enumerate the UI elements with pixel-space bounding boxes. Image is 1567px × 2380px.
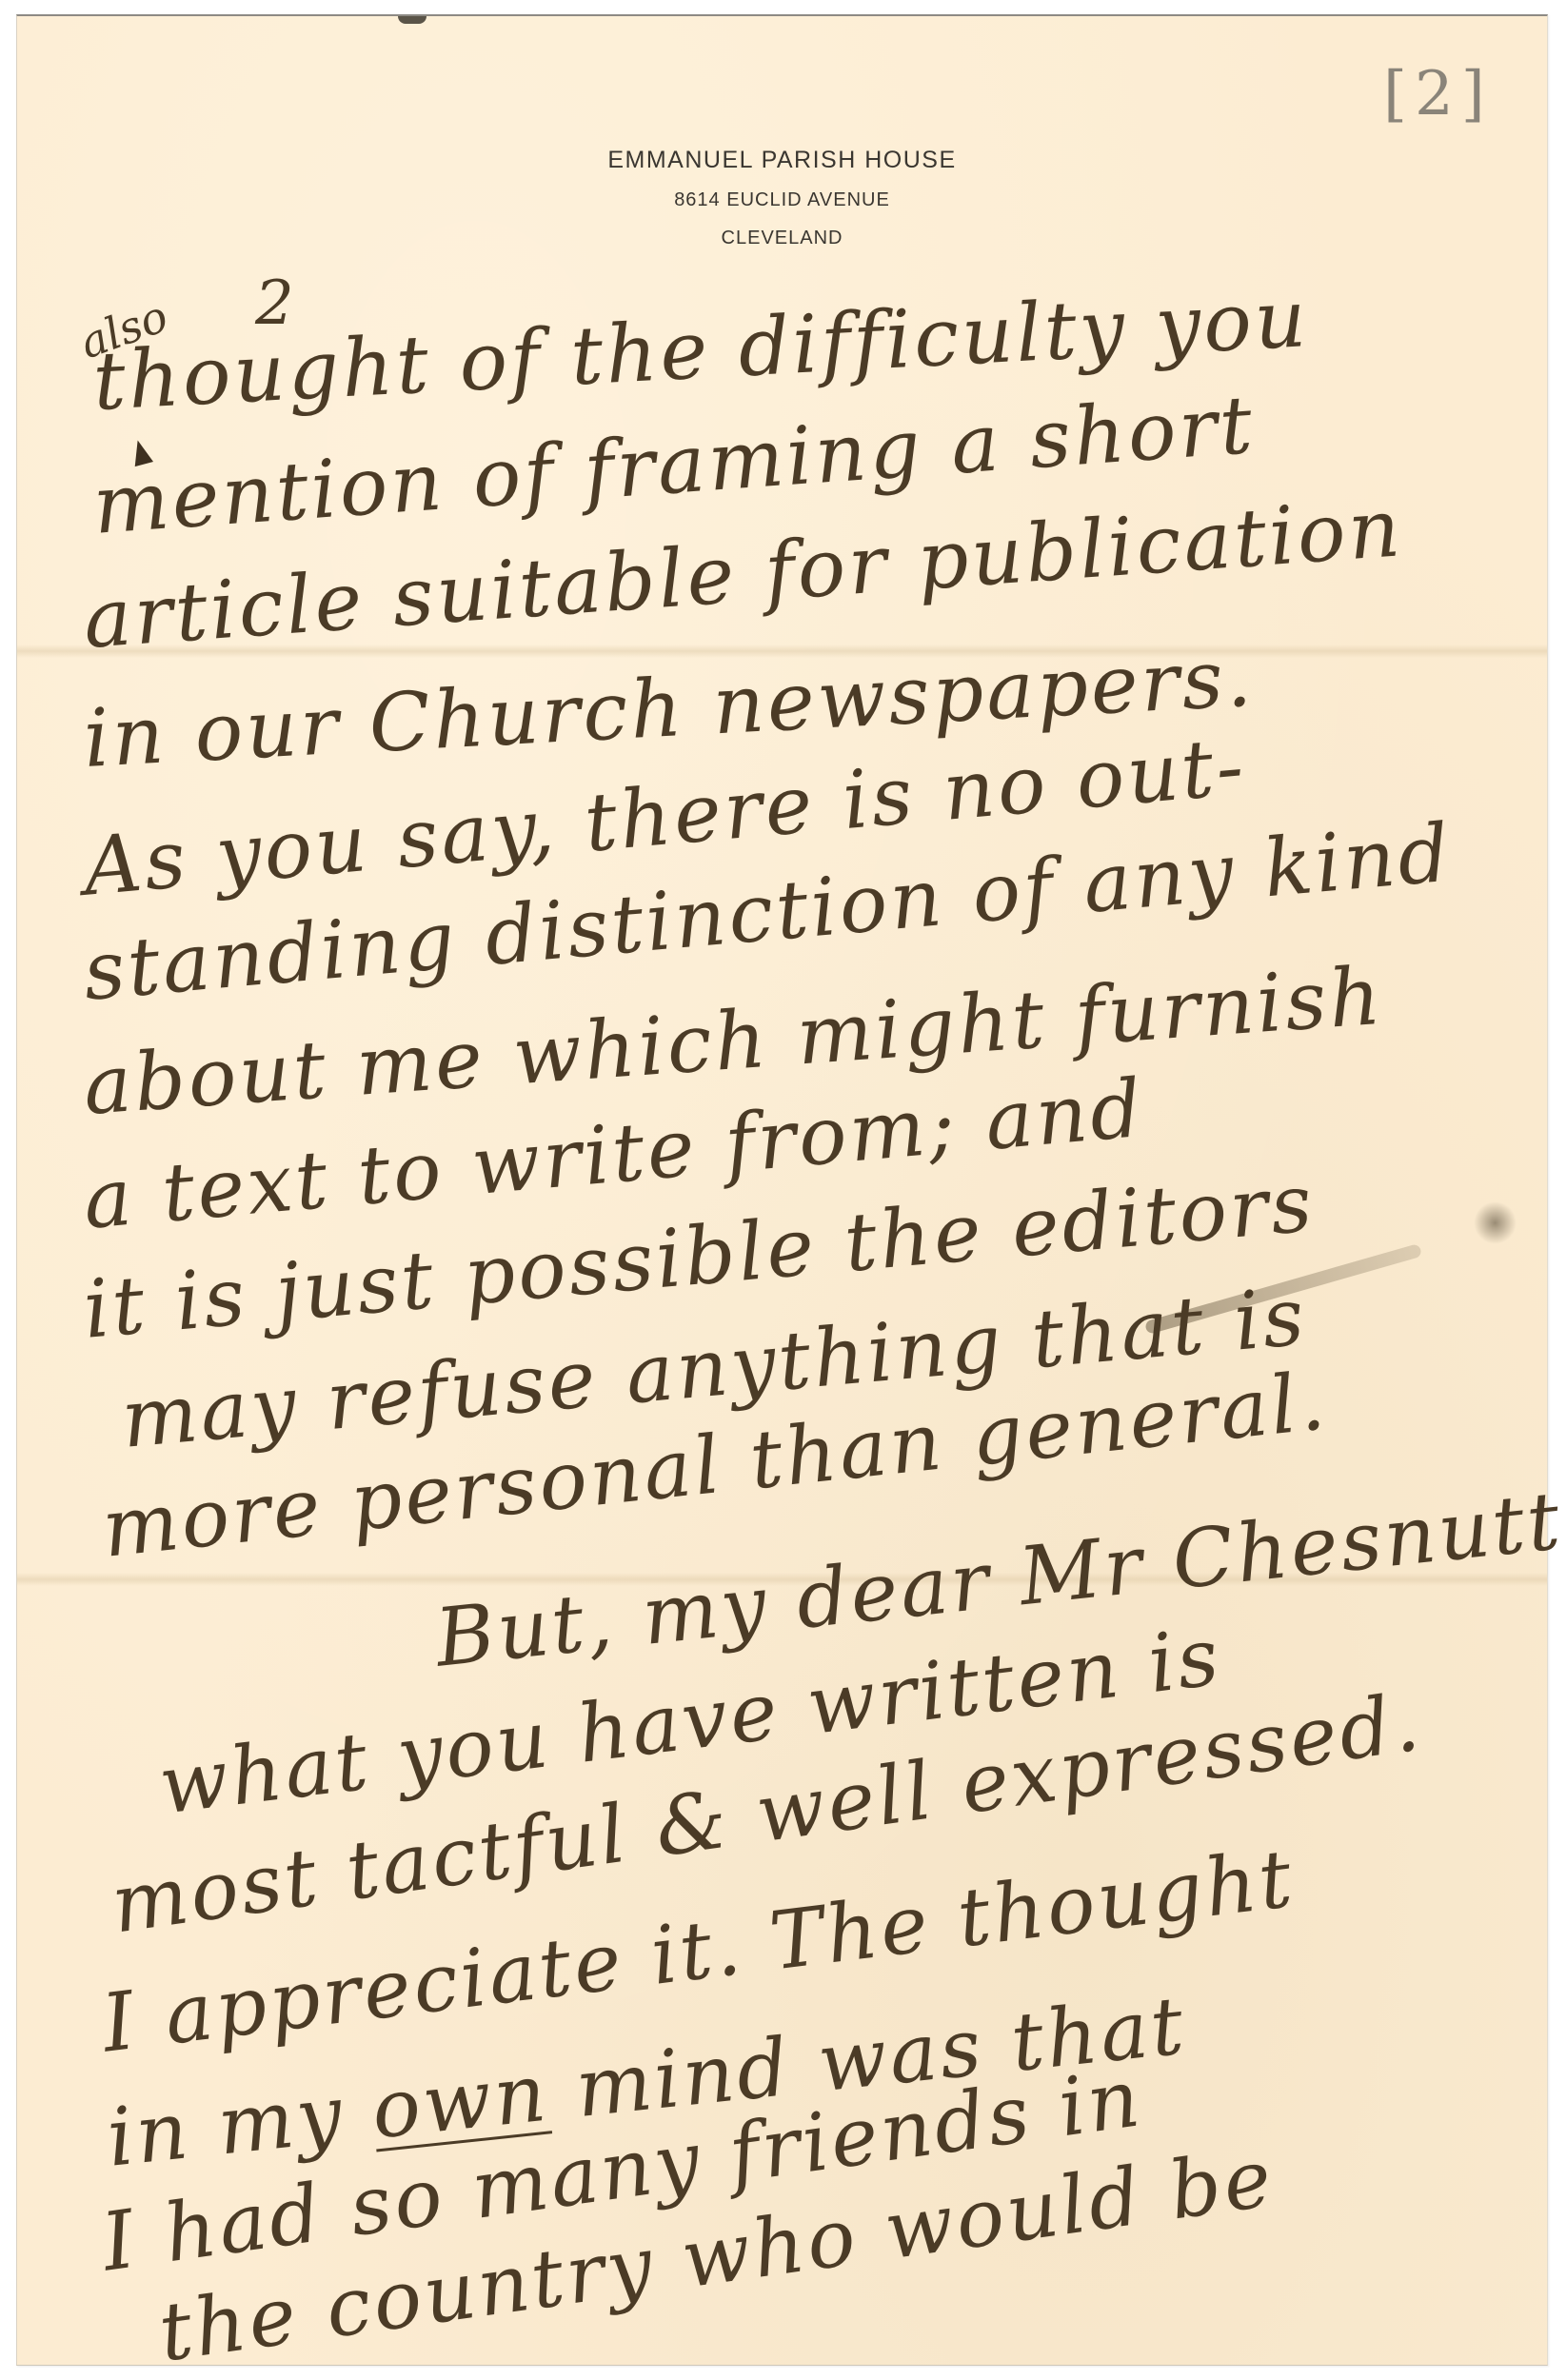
ink-blot [1474,1201,1517,1244]
letterhead-city: CLEVELAND [17,228,1547,249]
letterhead-address: 8614 EUCLID AVENUE [17,189,1547,211]
letter-page: [2] EMMANUEL PARISH HOUSE 8614 EUCLID AV… [16,14,1548,2366]
letterhead-title: EMMANUEL PARISH HOUSE [17,147,1547,174]
ink-blot-top-edge [398,16,426,24]
page-number-pencil: [2] [1383,59,1493,129]
